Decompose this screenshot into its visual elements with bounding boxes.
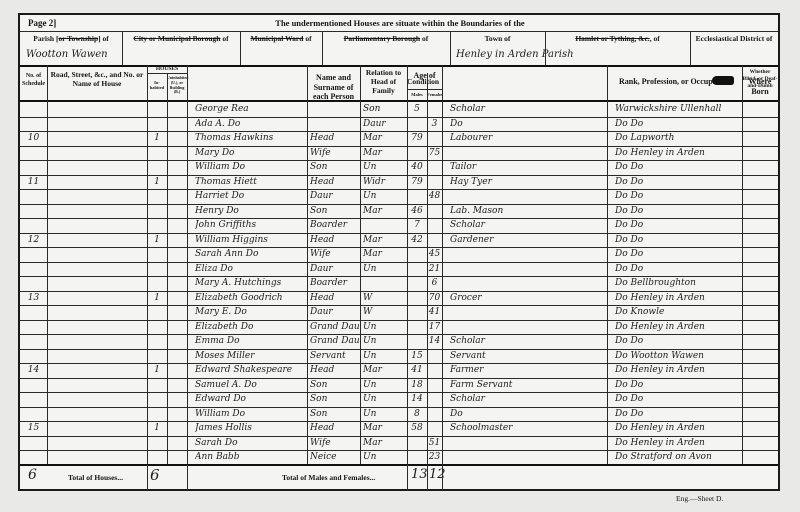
cell-name: Elizabeth Do — [195, 320, 306, 335]
cell-inhabited — [147, 450, 167, 465]
cell-condition: Un — [363, 378, 406, 393]
boundary-cell: Ecclesiastical District of — [690, 31, 778, 65]
struck-label-text: Hamlet or Tything, &c. — [575, 34, 649, 43]
cell-schedule — [20, 334, 47, 349]
cell-inhabited — [147, 204, 167, 219]
cell-schedule: 14 — [20, 363, 47, 378]
table-row: Mary DoWifeMar75Do Henley in Arden — [20, 146, 782, 161]
cell-male — [407, 320, 427, 335]
cell-born: Do Do — [615, 407, 741, 422]
cell-born: Do Do — [615, 247, 741, 262]
cell-occupation — [450, 276, 606, 291]
label-text: Ecclesiastical District of — [696, 34, 773, 43]
boundary-label: Municipal Ward of — [240, 34, 322, 43]
cell-born: Do Henley in Arden — [615, 291, 741, 306]
cell-born: Do Henley in Arden — [615, 363, 741, 378]
cell-male: 14 — [407, 392, 427, 407]
total-persons-label: Total of Males and Females... — [282, 473, 375, 482]
cell-male: 15 — [407, 349, 427, 364]
cell-condition: Mar — [363, 436, 406, 451]
cell-occupation: Hay Tyer — [450, 175, 606, 190]
cell-name: William Do — [195, 160, 306, 175]
cell-condition: Un — [363, 450, 406, 465]
cell-relation — [310, 102, 359, 117]
divider — [450, 31, 451, 65]
divider — [240, 31, 241, 65]
cell-female — [427, 349, 442, 364]
cell-schedule: 11 — [20, 175, 47, 190]
cell-schedule — [20, 102, 47, 117]
total-houses-value: 6 — [150, 466, 160, 484]
cell-male: 41 — [407, 363, 427, 378]
cell-name: Sarah Do — [195, 436, 306, 451]
cell-condition: W — [363, 291, 406, 306]
cell-born: Do Stratford on Avon — [615, 450, 741, 465]
label-text: of — [420, 34, 428, 43]
cell-born: Do Do — [615, 392, 741, 407]
cell-name: William Do — [195, 407, 306, 422]
column-divider — [187, 464, 188, 491]
col-header-road: Road, Street, &c., and No. or Name of Ho… — [47, 70, 147, 88]
cell-condition: Mar — [363, 421, 406, 436]
label-text: , of — [650, 34, 660, 43]
cell-female — [427, 407, 442, 422]
cell-name: Eliza Do — [195, 262, 306, 277]
cell-occupation: Scholar — [450, 102, 606, 117]
divider — [322, 31, 323, 65]
table-row: Samuel A. DoSonUn18Farm ServantDo Do — [20, 378, 782, 393]
column-divider — [427, 73, 428, 464]
cell-name: Moses Miller — [195, 349, 306, 364]
cell-relation: Boarder — [310, 276, 359, 291]
table-row: Edward DoSonUn14ScholarDo Do — [20, 392, 782, 407]
cell-name: Elizabeth Goodrich — [195, 291, 306, 306]
cell-schedule — [20, 218, 47, 233]
cell-name: George Rea — [195, 102, 306, 117]
col-header-schedule: No. of Schedule — [20, 73, 47, 88]
divider — [20, 464, 778, 466]
column-divider — [407, 464, 408, 491]
cell-schedule — [20, 262, 47, 277]
cell-schedule — [20, 276, 47, 291]
cell-relation: Head — [310, 421, 359, 436]
boundary-cell: Parliamentary Borough of — [322, 31, 450, 65]
cell-inhabited — [147, 247, 167, 262]
cell-schedule — [20, 320, 47, 335]
cell-occupation: Do — [450, 117, 606, 132]
cell-occupation: Do — [450, 407, 606, 422]
cell-female: 45 — [427, 247, 442, 262]
cell-male — [407, 291, 427, 306]
struck-label-text: Parliamentary Borough — [344, 34, 420, 43]
cell-born: Do Wootton Wawen — [615, 349, 741, 364]
cell-female — [427, 218, 442, 233]
cell-female — [427, 421, 442, 436]
cell-condition: Daur — [363, 117, 406, 132]
cell-schedule: 10 — [20, 131, 47, 146]
cell-name: Ada A. Do — [195, 117, 306, 132]
table-row: 131Elizabeth GoodrichHeadW70GrocerDo Hen… — [20, 291, 782, 306]
cell-born: Do Henley in Arden — [615, 421, 741, 436]
column-divider — [427, 464, 428, 491]
cell-relation — [310, 117, 359, 132]
cell-male: 40 — [407, 160, 427, 175]
cell-female: 3 — [427, 117, 442, 132]
cell-condition: Un — [363, 392, 406, 407]
column-divider — [187, 65, 188, 464]
cell-relation: Son — [310, 378, 359, 393]
col-header-inhabited: In-habited — [147, 80, 167, 91]
cell-occupation: Labourer — [450, 131, 606, 146]
cell-name: John Griffiths — [195, 218, 306, 233]
table-row: Ann BabbNeiceUn23Do Stratford on Avon — [20, 450, 782, 465]
cell-inhabited — [147, 349, 167, 364]
cell-inhabited: 1 — [147, 131, 167, 146]
cell-female — [427, 363, 442, 378]
cell-occupation — [450, 320, 606, 335]
cell-schedule — [20, 436, 47, 451]
cell-condition: Mar — [363, 146, 406, 161]
cell-female: 14 — [427, 334, 442, 349]
cell-inhabited: 1 — [147, 175, 167, 190]
cell-inhabited — [147, 436, 167, 451]
cell-born: Do Do — [615, 378, 741, 393]
cell-occupation — [450, 450, 606, 465]
cell-born: Do Do — [615, 204, 741, 219]
cell-relation: Daur — [310, 262, 359, 277]
boundary-label: Parish [or Township] of — [20, 34, 122, 43]
boundary-cell: Parish [or Township] ofWootton Wawen — [20, 31, 122, 65]
column-divider — [147, 65, 148, 464]
cell-occupation: Farm Servant — [450, 378, 606, 393]
table-row: Elizabeth DoGrand DaurUn17Do Henley in A… — [20, 320, 782, 335]
cell-inhabited — [147, 378, 167, 393]
boundary-label: Parliamentary Borough of — [322, 34, 450, 43]
cell-schedule — [20, 160, 47, 175]
cell-female — [427, 204, 442, 219]
cell-occupation: Tailor — [450, 160, 606, 175]
cell-born: Do Do — [615, 262, 741, 277]
column-divider — [607, 65, 608, 464]
cell-condition: Mar — [363, 233, 406, 248]
boundary-value: Wootton Wawen — [26, 49, 108, 60]
divider — [20, 65, 778, 67]
census-sheet: Page 2] The undermentioned Houses are si… — [18, 13, 780, 491]
table-row: Henry DoSonMar46Lab. MasonDo Do — [20, 204, 782, 219]
cell-relation: Grand Daur — [310, 320, 359, 335]
cell-relation: Daur — [310, 305, 359, 320]
table-row: William DoSonUn40TailorDo Do — [20, 160, 782, 175]
cell-female: 23 — [427, 450, 442, 465]
cell-name: James Hollis — [195, 421, 306, 436]
cell-occupation — [450, 305, 606, 320]
cell-condition: Un — [363, 189, 406, 204]
banner-title: The undermentioned Houses are situate wi… — [160, 18, 640, 28]
cell-occupation: Gardener — [450, 233, 606, 248]
cell-male: 79 — [407, 175, 427, 190]
cell-inhabited — [147, 392, 167, 407]
column-divider — [307, 65, 308, 464]
boundary-cell: Hamlet or Tything, &c., of — [545, 31, 690, 65]
struck-label-text: City or Municipal Borough — [133, 34, 220, 43]
cell-born: Do Do — [615, 117, 741, 132]
total-females-value: 12 — [429, 467, 446, 482]
sheet-footer: Eng.—Sheet D. — [676, 494, 723, 503]
col-header-houses: HOUSES — [147, 66, 187, 72]
cell-condition: Son — [363, 102, 406, 117]
cell-born: Do Do — [615, 175, 741, 190]
cell-born: Do Henley in Arden — [615, 320, 741, 335]
cell-occupation: Servant — [450, 349, 606, 364]
struck-label-text: Municipal Ward — [250, 34, 303, 43]
cell-male — [407, 189, 427, 204]
cell-male: 5 — [407, 102, 427, 117]
cell-schedule: 15 — [20, 421, 47, 436]
cell-schedule — [20, 392, 47, 407]
column-divider — [147, 464, 148, 491]
cell-schedule — [20, 450, 47, 465]
table-row: Moses MillerServantUn15ServantDo Wootton… — [20, 349, 782, 364]
boundary-cell: Town ofHenley in Arden Parish — [450, 31, 545, 65]
cell-female: 48 — [427, 189, 442, 204]
cell-occupation: Lab. Mason — [450, 204, 606, 219]
cell-born: Do Do — [615, 189, 741, 204]
divider — [545, 31, 546, 65]
cell-male: 8 — [407, 407, 427, 422]
cell-schedule: 13 — [20, 291, 47, 306]
cell-inhabited — [147, 102, 167, 117]
cell-female — [427, 378, 442, 393]
col-header-age: Age of — [407, 71, 442, 80]
cell-relation: Wife — [310, 436, 359, 451]
cell-condition: Un — [363, 160, 406, 175]
cell-born: Warwickshire Ullenhall — [615, 102, 741, 117]
table-row: 101Thomas HawkinsHeadMar79LabourerDo Lap… — [20, 131, 782, 146]
cell-name: Harriet Do — [195, 189, 306, 204]
cell-inhabited — [147, 117, 167, 132]
cell-condition: W — [363, 305, 406, 320]
cell-condition: Un — [363, 334, 406, 349]
cell-relation: Head — [310, 363, 359, 378]
table-row: Mary E. DoDaurW41Do Knowle — [20, 305, 782, 320]
cell-born: Do Henley in Arden — [615, 146, 741, 161]
cell-inhabited: 1 — [147, 363, 167, 378]
cell-relation: Boarder — [310, 218, 359, 233]
label-text: of — [220, 34, 228, 43]
cell-female — [427, 233, 442, 248]
cell-female: 51 — [427, 436, 442, 451]
cell-born: Do Do — [615, 218, 741, 233]
cell-relation: Head — [310, 175, 359, 190]
cell-schedule — [20, 117, 47, 132]
table-row: John GriffithsBoarder7ScholarDo Do — [20, 218, 782, 233]
cell-name: Mary Do — [195, 146, 306, 161]
cell-occupation — [450, 189, 606, 204]
cell-inhabited — [147, 407, 167, 422]
cell-inhabited — [147, 276, 167, 291]
cell-born: Do Henley in Arden — [615, 436, 741, 451]
cell-female — [427, 175, 442, 190]
cell-schedule — [20, 204, 47, 219]
col-header-uninhabited: Uninhabited (U.), or Building (B.) — [167, 76, 187, 95]
cell-male: 58 — [407, 421, 427, 436]
divider — [407, 89, 442, 90]
table-row: Harriet DoDaurUn48Do Do — [20, 189, 782, 204]
totals-schedule-mark: 6 — [28, 467, 37, 483]
cell-born: Do Do — [615, 334, 741, 349]
cell-condition — [363, 218, 406, 233]
boundary-label: Hamlet or Tything, &c., of — [545, 34, 690, 43]
cell-female: 6 — [427, 276, 442, 291]
cell-occupation — [450, 436, 606, 451]
boundary-cell: City or Municipal Borough of — [122, 31, 240, 65]
table-row: Eliza DoDaurUn21Do Do — [20, 262, 782, 277]
cell-inhabited — [147, 262, 167, 277]
cell-male — [407, 247, 427, 262]
boundary-cell: Municipal Ward of — [240, 31, 322, 65]
table-row: 151James HollisHeadMar58SchoolmasterDo H… — [20, 421, 782, 436]
cell-male: 7 — [407, 218, 427, 233]
col-header-blind: Whether Blind, or Deaf-and-Dumb — [742, 69, 778, 90]
label-text: of — [303, 34, 311, 43]
cell-female: 70 — [427, 291, 442, 306]
cell-male: 18 — [407, 378, 427, 393]
label-text: Town of — [485, 34, 511, 43]
cell-occupation: Grocer — [450, 291, 606, 306]
column-divider — [407, 65, 408, 464]
cell-condition: Un — [363, 320, 406, 335]
column-divider — [442, 65, 443, 464]
cell-relation: Son — [310, 407, 359, 422]
cell-relation: Head — [310, 131, 359, 146]
table-row: Emma DoGrand DaurUn14ScholarDo Do — [20, 334, 782, 349]
cell-born: Do Do — [615, 160, 741, 175]
cell-name: Mary A. Hutchings — [195, 276, 306, 291]
cell-inhabited — [147, 305, 167, 320]
cell-schedule — [20, 247, 47, 262]
column-divider — [167, 73, 168, 464]
cell-relation: Son — [310, 204, 359, 219]
cell-female: 21 — [427, 262, 442, 277]
table-row: 121William HigginsHeadMar42GardenerDo Do — [20, 233, 782, 248]
cell-born: Do Knowle — [615, 305, 741, 320]
cell-occupation: Scholar — [450, 334, 606, 349]
label-text: ] of — [98, 34, 109, 43]
cell-relation: Servant — [310, 349, 359, 364]
boundary-label: City or Municipal Borough of — [122, 34, 240, 43]
cell-condition: Un — [363, 407, 406, 422]
cell-inhabited: 1 — [147, 421, 167, 436]
cell-schedule: 12 — [20, 233, 47, 248]
cell-female — [427, 160, 442, 175]
cell-occupation: Farmer — [450, 363, 606, 378]
cell-female — [427, 131, 442, 146]
cell-male: 79 — [407, 131, 427, 146]
cell-inhabited — [147, 146, 167, 161]
cell-male — [407, 436, 427, 451]
cell-relation: Head — [310, 233, 359, 248]
cell-condition: Widr — [363, 175, 406, 190]
cell-occupation — [450, 247, 606, 262]
cell-condition: Mar — [363, 247, 406, 262]
cell-schedule — [20, 146, 47, 161]
cell-male: 42 — [407, 233, 427, 248]
cell-relation: Grand Daur — [310, 334, 359, 349]
cell-schedule — [20, 349, 47, 364]
table-row: Mary A. HutchingsBoarder6Do Bellbroughto… — [20, 276, 782, 291]
cell-male — [407, 450, 427, 465]
cell-relation: Head — [310, 291, 359, 306]
table-row: Sarah DoWifeMar51Do Henley in Arden — [20, 436, 782, 451]
cell-name: Edward Do — [195, 392, 306, 407]
cell-occupation: Schoolmaster — [450, 421, 606, 436]
cell-male — [407, 117, 427, 132]
col-header-males: Males — [407, 92, 427, 98]
column-divider — [442, 464, 443, 491]
col-header-name: Name and Surname of each Person — [307, 73, 360, 102]
boundary-label: Ecclesiastical District of — [690, 34, 778, 43]
cell-condition: Mar — [363, 363, 406, 378]
cell-male: 46 — [407, 204, 427, 219]
cell-name: Emma Do — [195, 334, 306, 349]
cell-name: Samuel A. Do — [195, 378, 306, 393]
cell-born: Do Lapworth — [615, 131, 741, 146]
cell-occupation: Scholar — [450, 218, 606, 233]
cell-name: Ann Babb — [195, 450, 306, 465]
total-houses-label: Total of Houses... — [68, 473, 123, 482]
divider — [122, 31, 123, 65]
cell-male — [407, 146, 427, 161]
table-row: William DoSonUn8DoDo Do — [20, 407, 782, 422]
cell-relation: Wife — [310, 247, 359, 262]
cell-condition: Un — [363, 262, 406, 277]
cell-condition: Mar — [363, 131, 406, 146]
cell-schedule — [20, 305, 47, 320]
total-males-value: 13 — [411, 467, 428, 482]
column-divider — [742, 65, 743, 464]
cell-relation: Neice — [310, 450, 359, 465]
boundary-label: Town of — [450, 34, 545, 43]
cell-schedule — [20, 378, 47, 393]
cell-inhabited: 1 — [147, 291, 167, 306]
table-row: George ReaSon5ScholarWarwickshire Ullenh… — [20, 102, 782, 117]
cell-born: Do Do — [615, 233, 741, 248]
cell-female: 41 — [427, 305, 442, 320]
cell-inhabited — [147, 218, 167, 233]
table-row: Ada A. DoDaur3DoDo Do — [20, 117, 782, 132]
label-text: Parish [ — [33, 34, 58, 43]
cell-relation: Son — [310, 392, 359, 407]
divider — [690, 31, 691, 65]
cell-born: Do Bellbroughton — [615, 276, 741, 291]
cell-occupation — [450, 262, 606, 277]
cell-female — [427, 102, 442, 117]
cell-name: Henry Do — [195, 204, 306, 219]
table-row: Sarah Ann DoWifeMar45Do Do — [20, 247, 782, 262]
cell-male — [407, 276, 427, 291]
cell-occupation — [450, 146, 606, 161]
table-row: 111Thomas HiettHeadWidr79Hay TyerDo Do — [20, 175, 782, 190]
cell-relation: Daur — [310, 189, 359, 204]
table-row: 141Edward ShakespeareHeadMar41FarmerDo H… — [20, 363, 782, 378]
col-header-females: Females — [427, 92, 442, 98]
cell-inhabited — [147, 334, 167, 349]
cell-condition — [363, 276, 406, 291]
cell-inhabited — [147, 189, 167, 204]
cell-condition: Un — [363, 349, 406, 364]
column-divider — [360, 65, 361, 464]
cell-inhabited: 1 — [147, 233, 167, 248]
